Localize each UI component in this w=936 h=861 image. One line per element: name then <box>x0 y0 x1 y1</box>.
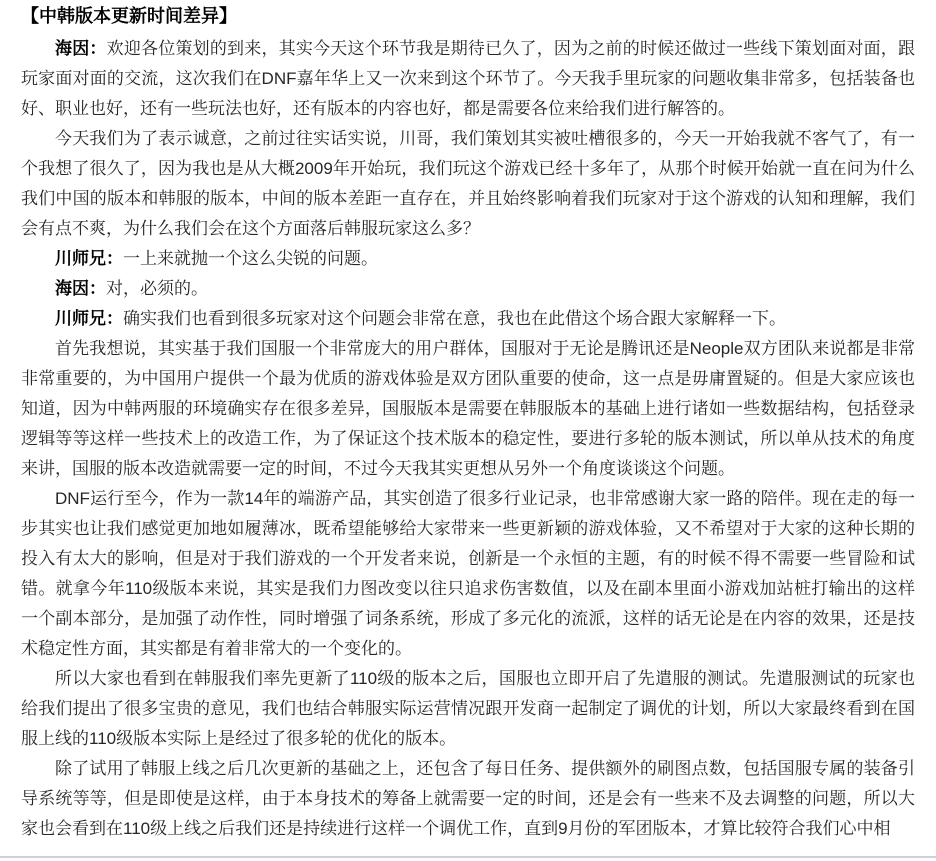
paragraph: 川师兄：确实我们也看到很多玩家对这个问题会非常在意，我也在此借这个场合跟大家解释… <box>21 304 915 334</box>
speaker-name: 海因： <box>55 39 107 58</box>
paragraph-text: 首先我想说，其实基于我们国服一个非常庞大的用户群体，国服对于无论是腾讯还是Neo… <box>21 339 915 478</box>
speaker-name: 川师兄： <box>55 309 123 328</box>
bottom-divider <box>0 856 936 858</box>
paragraph: 海因：欢迎各位策划的到来，其实今天这个环节我是期待已久了，因为之前的时候还做过一… <box>21 34 915 124</box>
page-title: 【中韩版本更新时间差异】 <box>21 3 915 29</box>
paragraph-text: 对，必须的。 <box>106 279 208 298</box>
paragraph: 海因：对，必须的。 <box>21 274 915 304</box>
article-body: 海因：欢迎各位策划的到来，其实今天这个环节我是期待已久了，因为之前的时候还做过一… <box>21 34 915 844</box>
speaker-name: 川师兄： <box>55 249 123 268</box>
paragraph: 所以大家也看到在韩服我们率先更新了110级的版本之后，国服也立即开启了先遣服的测… <box>21 664 915 754</box>
paragraph: 首先我想说，其实基于我们国服一个非常庞大的用户群体，国服对于无论是腾讯还是Neo… <box>21 334 915 484</box>
paragraph-text: 欢迎各位策划的到来，其实今天这个环节我是期待已久了，因为之前的时候还做过一些线下… <box>21 39 915 118</box>
speaker-name: 海因： <box>55 279 106 298</box>
paragraph-text: DNF运行至今，作为一款14年的端游产品，其实创造了很多行业记录，也非常感谢大家… <box>21 489 915 658</box>
paragraph: 今天我们为了表示诚意，之前过往实话实说，川哥，我们策划其实被吐槽很多的，今天一开… <box>21 124 915 244</box>
document-page: 【中韩版本更新时间差异】 海因：欢迎各位策划的到来，其实今天这个环节我是期待已久… <box>0 0 936 861</box>
article-content: 【中韩版本更新时间差异】 海因：欢迎各位策划的到来，其实今天这个环节我是期待已久… <box>0 0 936 844</box>
paragraph-text: 一上来就抛一个这么尖锐的问题。 <box>123 249 378 268</box>
paragraph: DNF运行至今，作为一款14年的端游产品，其实创造了很多行业记录，也非常感谢大家… <box>21 484 915 664</box>
paragraph-text: 今天我们为了表示诚意，之前过往实话实说，川哥，我们策划其实被吐槽很多的，今天一开… <box>21 129 915 238</box>
paragraph-text: 确实我们也看到很多玩家对这个问题会非常在意，我也在此借这个场合跟大家解释一下。 <box>123 309 786 328</box>
paragraph: 川师兄：一上来就抛一个这么尖锐的问题。 <box>21 244 915 274</box>
paragraph-text: 除了试用了韩服上线之后几次更新的基础之上，还包含了每日任务、提供额外的刷图点数，… <box>21 759 915 838</box>
paragraph: 除了试用了韩服上线之后几次更新的基础之上，还包含了每日任务、提供额外的刷图点数，… <box>21 754 915 844</box>
paragraph-text: 所以大家也看到在韩服我们率先更新了110级的版本之后，国服也立即开启了先遣服的测… <box>21 669 915 748</box>
